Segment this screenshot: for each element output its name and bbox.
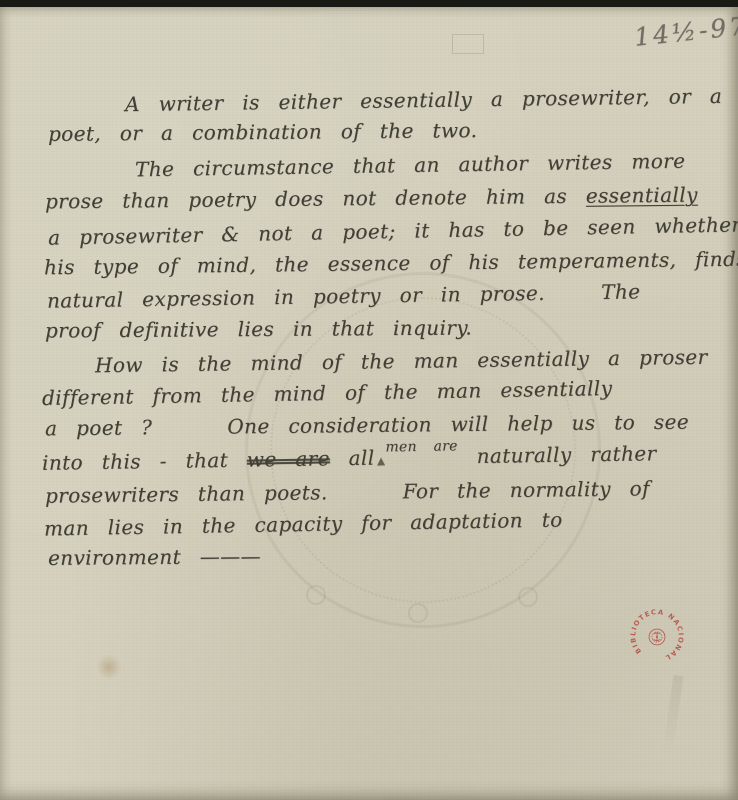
- manuscript-line: The circumstance that an author writes m…: [135, 149, 686, 182]
- manuscript-line: natural expression in poetry or in prose…: [47, 279, 641, 312]
- line-text: all: [330, 446, 375, 471]
- stamp-emblem: [649, 629, 665, 645]
- line-text: naturally rather: [458, 441, 657, 468]
- watermark-rosette: [518, 587, 538, 607]
- manuscript-line: his type of mind, the essence of his tem…: [44, 247, 738, 280]
- manuscript-line: prose than poetry does not denote him as…: [45, 183, 698, 214]
- manuscript-line: different from the mind of the man essen…: [42, 376, 613, 410]
- folio-number: 14½-97: [633, 11, 738, 52]
- pencil-smudge: [662, 675, 683, 756]
- watermark-rosette: [306, 585, 326, 605]
- manuscript-line: A writer is either essentially a prosewr…: [125, 84, 722, 116]
- manuscript-line: How is the mind of the man essentially a…: [95, 345, 708, 378]
- manuscript-line: prosewriters than poets. For the normali…: [45, 476, 650, 507]
- struck-through-words: we are: [247, 446, 330, 471]
- inserted-words: men are: [385, 438, 458, 455]
- manuscript-line: proof definitive lies in that inquiry.: [45, 316, 472, 343]
- scanned-manuscript: 14½-97 A writer is either essentially a …: [0, 0, 738, 800]
- underlined-word: essentially: [586, 183, 698, 208]
- watermark-rosette: [408, 603, 428, 623]
- biblioteca-nacional-stamp: BIBLIOTECA NACIONAL: [628, 607, 686, 665]
- manuscript-line: man lies in the capacity for adaptation …: [44, 507, 563, 540]
- manuscript-line: a poet ? One consideration will help us …: [45, 410, 689, 441]
- manuscript-line: poet, or a combination of the two.: [48, 118, 478, 146]
- line-text: prose than poetry does not denote him as: [45, 184, 586, 214]
- faint-pencil-box: [452, 34, 484, 54]
- manuscript-page: 14½-97 A writer is either essentially a …: [0, 7, 738, 800]
- insertion-caret: [377, 457, 385, 465]
- manuscript-line: into this - that we are allmen are natur…: [42, 441, 657, 475]
- line-text: into this - that: [42, 448, 247, 475]
- manuscript-line: environment ———: [48, 544, 261, 570]
- paper-stain: [96, 655, 122, 679]
- manuscript-line: a prosewriter & not a poet; it has to be…: [48, 212, 738, 249]
